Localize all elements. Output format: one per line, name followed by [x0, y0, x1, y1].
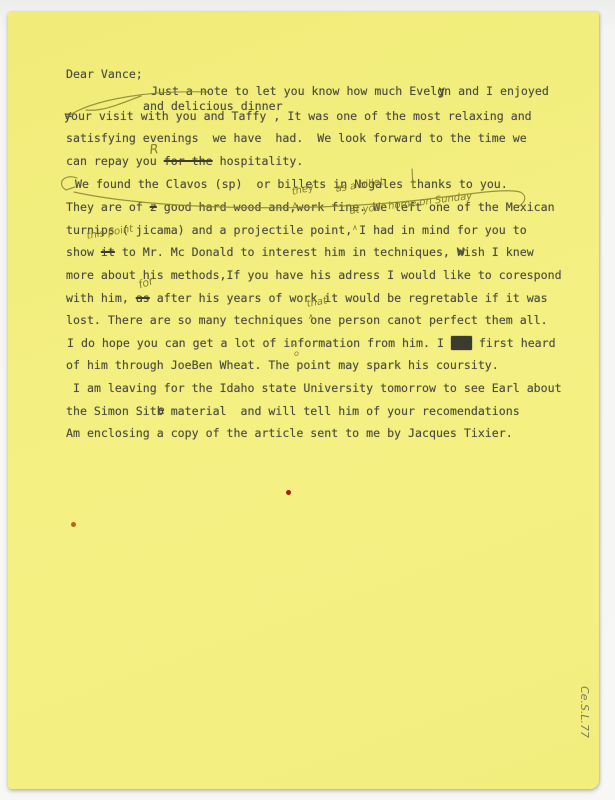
scanned-letter: Dear Vance;Just a note to let you know h…: [0, 0, 615, 800]
letter-paper: [8, 12, 599, 789]
